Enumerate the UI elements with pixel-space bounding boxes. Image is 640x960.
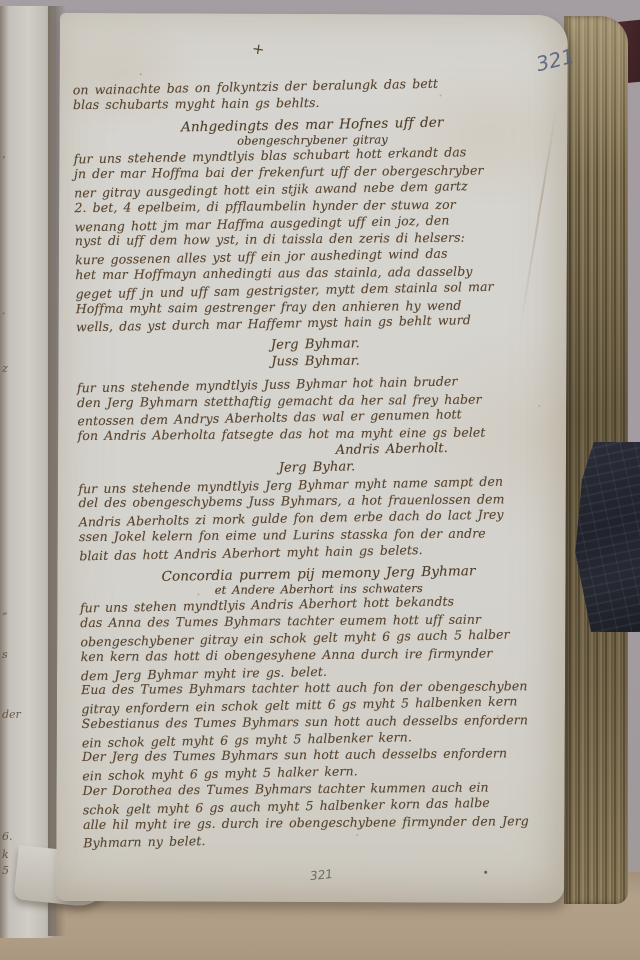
folio-number-bottom: 321 <box>309 867 333 883</box>
ink-fragment: 6. <box>2 830 13 843</box>
text-block: fur uns stehende myndtlyis Jerg Byhmar m… <box>78 473 557 564</box>
ink-fragment: der <box>2 708 21 721</box>
ink-fragment: z <box>2 362 8 375</box>
ink-fragment: k <box>2 848 9 861</box>
text-block: fur uns stehende myndtlyis Juss Byhmar h… <box>77 372 556 446</box>
manuscript-line: Juss Byhmar. <box>77 352 555 373</box>
header-cross-mark: + <box>251 39 266 59</box>
ink-fragment: . <box>2 304 6 317</box>
text-block: Jerg Byhmar.Juss Byhmar. <box>76 334 554 374</box>
ink-fragment: ’ <box>2 154 6 167</box>
manuscript-photo: ’.z„sder6.k5 + 321 321 on wainachte bas … <box>0 0 640 960</box>
ink-fragment: „ <box>2 604 8 617</box>
text-block: fur uns stehende myndtlyis blas schubart… <box>74 144 555 335</box>
ink-fragment: s <box>2 648 8 661</box>
page-stain <box>140 73 142 75</box>
manuscript-line: blas schubarts myght hain gs behlts. <box>73 93 551 114</box>
ink-fragment: 5 <box>2 864 9 877</box>
text-block: on wainachte bas on folkyntzis der beral… <box>73 75 551 115</box>
ink-dot <box>484 871 487 874</box>
handwriting: on wainachte bas on folkyntzis der beral… <box>73 75 562 852</box>
text-block: fur uns stehen myndtlyis Andris Aberhort… <box>80 593 561 852</box>
